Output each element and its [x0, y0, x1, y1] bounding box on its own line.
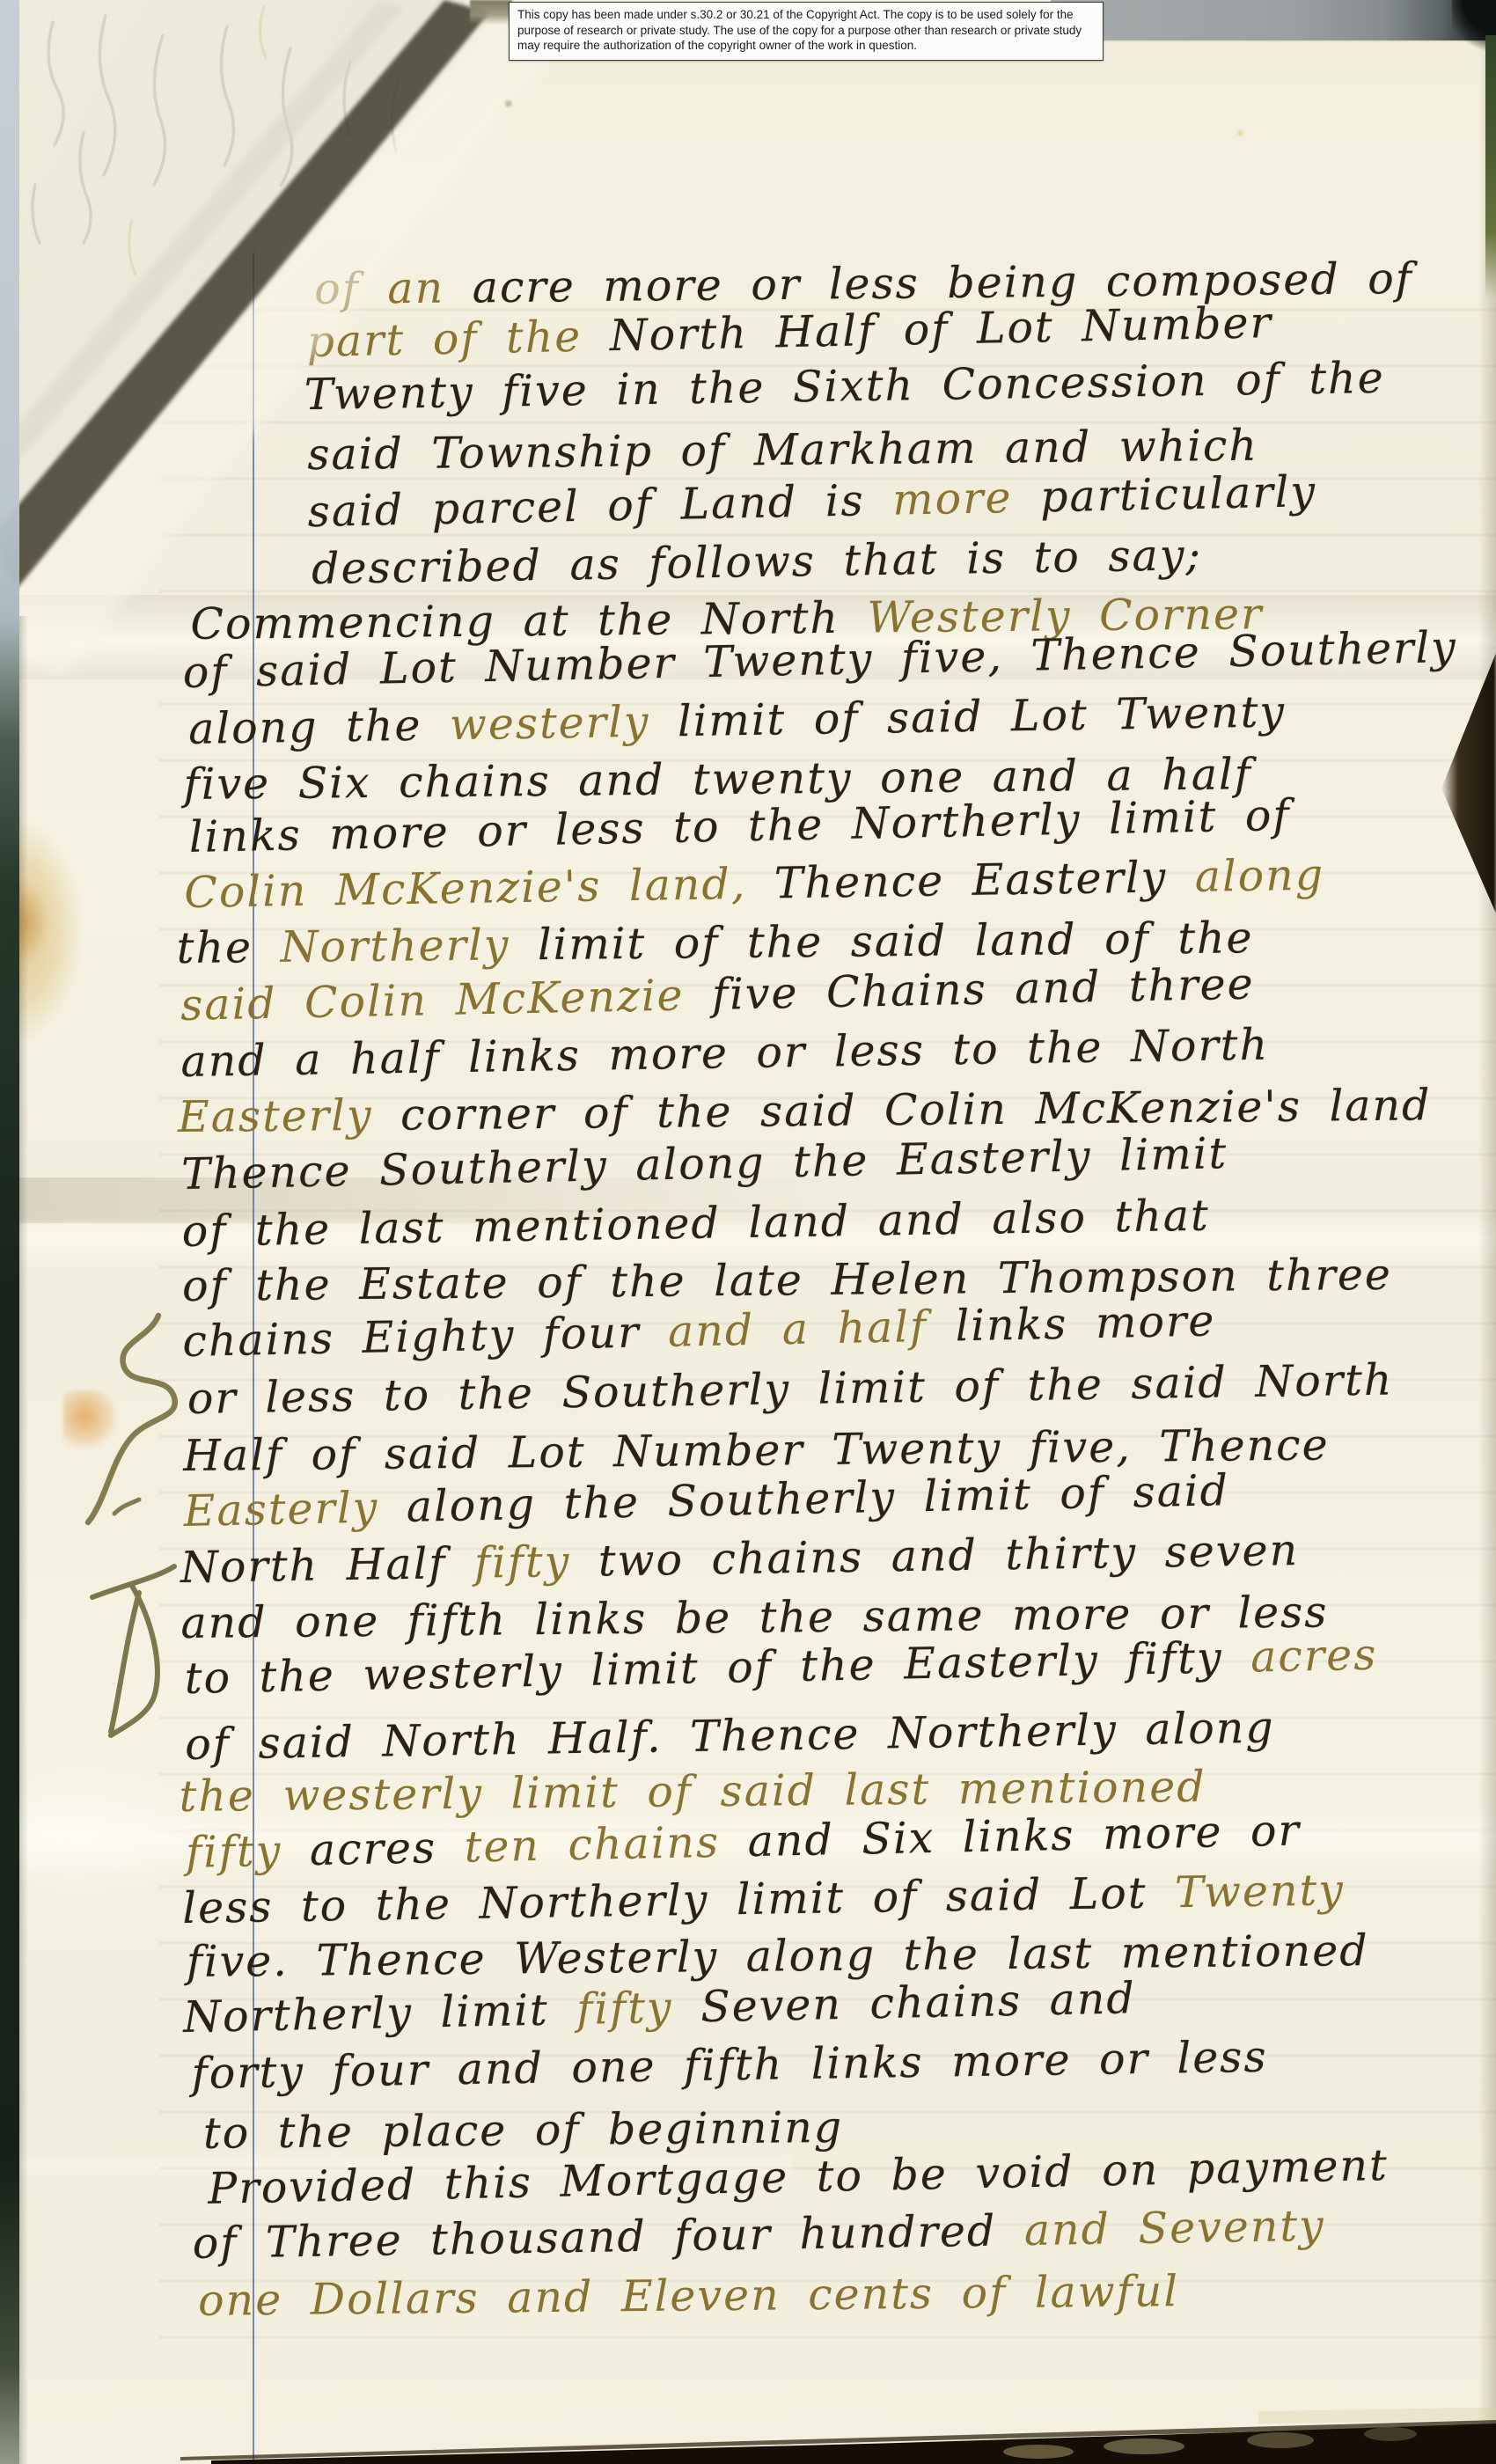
handwriting-segment: acres — [1250, 1630, 1378, 1683]
handwriting-segment: Easterly — [183, 1482, 407, 1536]
copyright-stamp-text: This copy has been made under s.30.2 or … — [517, 8, 1082, 52]
handwritten-line: of the last mentioned land and also that — [181, 1190, 1210, 1258]
handwriting-segment: limit of said Lot Twenty — [678, 686, 1287, 746]
handwritten-line: Easterly corner of the said Colin McKenz… — [178, 1079, 1432, 1144]
handwriting-segment: five Chains and three — [711, 958, 1255, 1019]
handwriting-segment: Colin McKenzie's land, — [184, 858, 774, 918]
handwriting-segment: and a half — [667, 1301, 956, 1357]
handwriting-segment: westerly — [449, 696, 678, 750]
handwriting-segment: of Three thousand four hundred — [192, 2205, 1024, 2269]
handwriting-segment: chains Eighty four — [182, 1307, 669, 1367]
fold-tip-shadow — [470, 0, 512, 25]
handwriting-segment: of the last mentioned land and also that — [181, 1191, 1210, 1257]
handwriting-segment: said Colin McKenzie — [180, 970, 713, 1030]
handwriting-segment: North Half — [180, 1538, 475, 1593]
handwriting-segment: particularly — [1039, 466, 1316, 522]
handwriting-segment: fifty — [474, 1536, 599, 1588]
handwriting-segment: described as follows that is to say; — [312, 530, 1203, 594]
handwriting-segment: Seven chains and — [700, 1973, 1137, 2032]
handwriting-segment: of an — [314, 262, 473, 314]
handwritten-line: along the westerly limit of said Lot Twe… — [188, 686, 1287, 756]
handwritten-line: forty four and one fifth links more or l… — [191, 2031, 1268, 2101]
handwriting-segment: of said North Half. Thence Northerly alo… — [185, 1703, 1275, 1770]
handwriting-segment: five. Thence Westerly along the last men… — [187, 1925, 1369, 1987]
handwriting-segment: Twenty — [1175, 1865, 1346, 1918]
handwriting-segment: Easterly — [178, 1090, 401, 1142]
handwriting-segment: and a half links more or less to the Nor… — [180, 1020, 1269, 1087]
handwriting-segment: one Dollars and Eleven cents of lawful — [198, 2266, 1179, 2326]
handwriting-segment: ten chains — [464, 1816, 748, 1872]
handwriting-segment: more — [892, 472, 1041, 524]
handwriting-segment: or less to the Southerly limit of the sa… — [187, 1354, 1393, 1424]
handwriting-segment: forty four and one fifth links more or l… — [191, 2032, 1268, 2099]
handwriting-segment: less to the Northerly limit of said Lot — [182, 1867, 1176, 1933]
handwriting-segment: said parcel of Land is — [307, 475, 893, 537]
handwriting-segment: the — [176, 922, 280, 973]
handwriting-segment: links more — [955, 1295, 1216, 1351]
copyright-stamp: This copy has been made under s.30.2 or … — [509, 2, 1104, 61]
stain — [63, 1390, 116, 1448]
handwriting-segment: acres — [309, 1822, 465, 1876]
handwriting-segment: along the — [188, 700, 451, 754]
handwriting-segment: and Six links more or — [747, 1806, 1301, 1867]
handwriting-segment: to the place of beginning — [203, 2102, 844, 2159]
page-edge-shadow — [19, 616, 28, 2464]
handwriting-segment: two chains and thirty seven — [598, 1525, 1299, 1587]
scanner-edge-top — [1051, 0, 1496, 42]
handwriting-segment: part of the — [306, 311, 610, 367]
handwriting-segment: and Seventy — [1023, 2201, 1325, 2255]
handwriting-segment: along — [1194, 850, 1324, 902]
page-edge-right — [1485, 35, 1496, 299]
handwriting-segment: Northerly limit — [183, 1984, 577, 2042]
handwriting-layer: of an acre more or less being composed o… — [0, 0, 1496, 2464]
handwriting-segment: Northerly — [280, 920, 538, 972]
handwritten-line: one Dollars and Eleven cents of lawful — [198, 2265, 1179, 2328]
handwritten-line: and a half links more or less to the Nor… — [180, 1019, 1269, 1089]
handwriting-segment: corner of the said Colin McKenzie's land — [400, 1080, 1432, 1140]
handwritten-line: described as follows that is to say; — [312, 529, 1203, 596]
scanner-edge-left — [0, 0, 19, 2464]
handwriting-segment: Thence Easterly — [774, 852, 1195, 909]
scanned-document-page: of an acre more or less being composed o… — [0, 0, 1496, 2464]
handwriting-segment: fifty — [576, 1982, 701, 2035]
handwriting-segment: fifty — [185, 1825, 310, 1878]
